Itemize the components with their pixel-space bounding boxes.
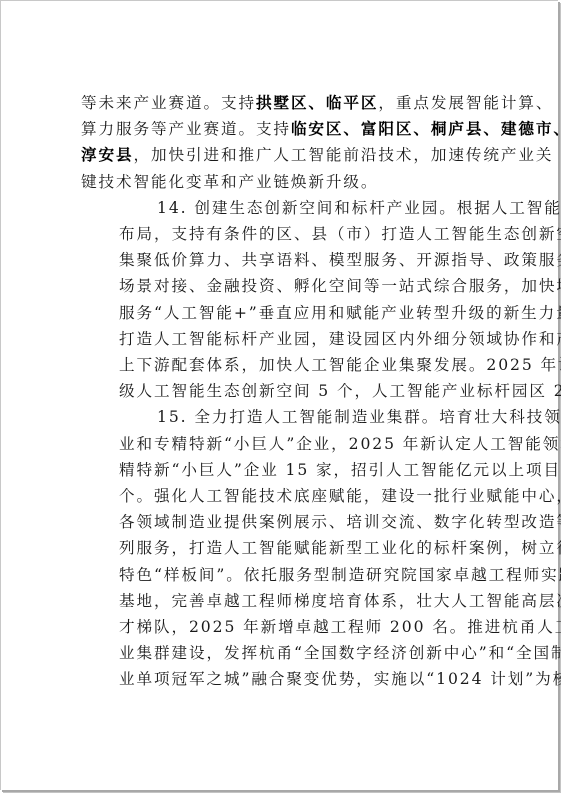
text-line: 等未来产业赛道。支持拱墅区、临平区，重点发展智能计算、 — [81, 90, 480, 116]
bold-place-names: 拱墅区、临平区 — [256, 93, 378, 112]
text-line: 业集群建设，发挥杭甬“全国数字经济创新中心”和“全国制造 — [81, 640, 480, 666]
text-line: 才梯队，2025 年新增卓越工程师 200 名。推进杭甬人工智能产 — [81, 614, 480, 640]
text-segment: 14. 创建生态创新空间和标杆产业园。根据人工智能产业 — [157, 199, 561, 217]
document-page: 等未来产业赛道。支持拱墅区、临平区，重点发展智能计算、算力服务等产业赛道。支持临… — [0, 0, 558, 790]
text-line: 14. 创建生态创新空间和标杆产业园。根据人工智能产业 — [81, 195, 480, 221]
text-line: 级人工智能生态创新空间 5 个，人工智能产业标杆园区 2 个。 — [81, 378, 480, 404]
text-line: 集聚低价算力、共享语料、模型服务、开源指导、政策服务、 — [81, 247, 480, 273]
text-line: 各领域制造业提供案例展示、培训交流、数字化转型改造等系 — [81, 509, 480, 535]
text-segment: 键技术智能化变革和产业链焕新升级。 — [81, 173, 378, 191]
text-line: 精特新“小巨人”企业 15 家，招引人工智能亿元以上项目 30 — [81, 457, 480, 483]
text-line: 15. 全力打造人工智能制造业集群。培育壮大科技领军企 — [81, 404, 480, 430]
text-line: 服务“人工智能+”垂直应用和赋能产业转型升级的新生力量。 — [81, 300, 480, 326]
text-line: 布局，支持有条件的区、县（市）打造人工智能生态创新空间， — [81, 221, 480, 247]
document-body: 等未来产业赛道。支持拱墅区、临平区，重点发展智能计算、算力服务等产业赛道。支持临… — [81, 90, 480, 693]
text-line: 业单项冠军之城”融合聚变优势，实施以“1024 计划”为核心 — [81, 666, 480, 692]
text-segment: 集聚低价算力、共享语料、模型服务、开源指导、政策服务、 — [119, 251, 561, 269]
paragraph-14: 14. 创建生态创新空间和标杆产业园。根据人工智能产业布局，支持有条件的区、县（… — [81, 195, 480, 405]
text-segment: 特色“样板间”。依托服务型制造研究院国家卓越工程师实践 — [119, 566, 561, 584]
text-segment: 业单项冠军之城”融合聚变优势，实施以“1024 计划”为核心 — [119, 670, 561, 688]
text-segment: 精特新“小巨人”企业 15 家，招引人工智能亿元以上项目 30 — [119, 461, 561, 479]
text-segment: 算力服务等产业赛道。支持 — [81, 120, 291, 138]
text-segment: 打造人工智能标杆产业园，建设园区内外细分领域协作和产业链 — [119, 330, 561, 348]
text-line: 个。强化人工智能技术底座赋能，建设一批行业赋能中心，为 — [81, 483, 480, 509]
text-segment: 上下游配套体系，加快人工智能企业集聚发展。2025 年认定市 — [119, 356, 561, 374]
text-line: 打造人工智能标杆产业园，建设园区内外细分领域协作和产业链 — [81, 326, 480, 352]
text-line: 上下游配套体系，加快人工智能企业集聚发展。2025 年认定市 — [81, 352, 480, 378]
text-line: 特色“样板间”。依托服务型制造研究院国家卓越工程师实践 — [81, 562, 480, 588]
text-segment: 列服务，打造人工智能赋能新型工业化的标杆案例，树立行业 — [119, 539, 561, 557]
text-line: 算力服务等产业赛道。支持临安区、富阳区、桐庐县、建德市、 — [81, 116, 480, 142]
text-segment: 服务“人工智能+”垂直应用和赋能产业转型升级的新生力量。 — [119, 304, 561, 322]
text-line: 基地，完善卓越工程师梯度培育体系，壮大人工智能高层次人 — [81, 588, 480, 614]
paragraph-15: 15. 全力打造人工智能制造业集群。培育壮大科技领军企业和专精特新“小巨人”企业… — [81, 404, 480, 692]
paragraph-continued: 等未来产业赛道。支持拱墅区、临平区，重点发展智能计算、算力服务等产业赛道。支持临… — [81, 90, 480, 195]
text-segment: 基地，完善卓越工程师梯度培育体系，壮大人工智能高层次人 — [119, 592, 561, 610]
text-segment: 15. 全力打造人工智能制造业集群。培育壮大科技领军企 — [157, 408, 561, 426]
bold-place-names: 淳安县 — [81, 145, 133, 164]
text-segment: 才梯队，2025 年新增卓越工程师 200 名。推进杭甬人工智能产 — [119, 618, 561, 636]
text-segment: 场景对接、金融投资、孵化空间等一站式综合服务，加快培育 — [119, 277, 561, 295]
text-line: 键技术智能化变革和产业链焕新升级。 — [81, 169, 480, 195]
text-segment: 各领域制造业提供案例展示、培训交流、数字化转型改造等系 — [119, 513, 561, 531]
text-segment: 个。强化人工智能技术底座赋能，建设一批行业赋能中心，为 — [119, 487, 561, 505]
text-line: 业和专精特新“小巨人”企业，2025 年新认定人工智能领域专 — [81, 431, 480, 457]
text-line: 淳安县，加快引进和推广人工智能前沿技术，加速传统产业关 — [81, 142, 480, 168]
text-line: 场景对接、金融投资、孵化空间等一站式综合服务，加快培育 — [81, 273, 480, 299]
text-segment: 业集群建设，发挥杭甬“全国数字经济创新中心”和“全国制造 — [119, 644, 561, 662]
text-segment: 等未来产业赛道。支持 — [81, 94, 256, 112]
text-segment: ，加快引进和推广人工智能前沿技术，加速传统产业关 — [133, 146, 553, 164]
bold-place-names: 临安区、富阳区、桐庐县、建德市、 — [291, 119, 561, 138]
text-segment: 布局，支持有条件的区、县（市）打造人工智能生态创新空间， — [119, 225, 561, 243]
text-segment: 业和专精特新“小巨人”企业，2025 年新认定人工智能领域专 — [119, 435, 561, 453]
text-segment: ，重点发展智能计算、 — [378, 94, 553, 112]
text-line: 列服务，打造人工智能赋能新型工业化的标杆案例，树立行业 — [81, 535, 480, 561]
text-segment: 级人工智能生态创新空间 5 个，人工智能产业标杆园区 2 个。 — [119, 382, 561, 400]
